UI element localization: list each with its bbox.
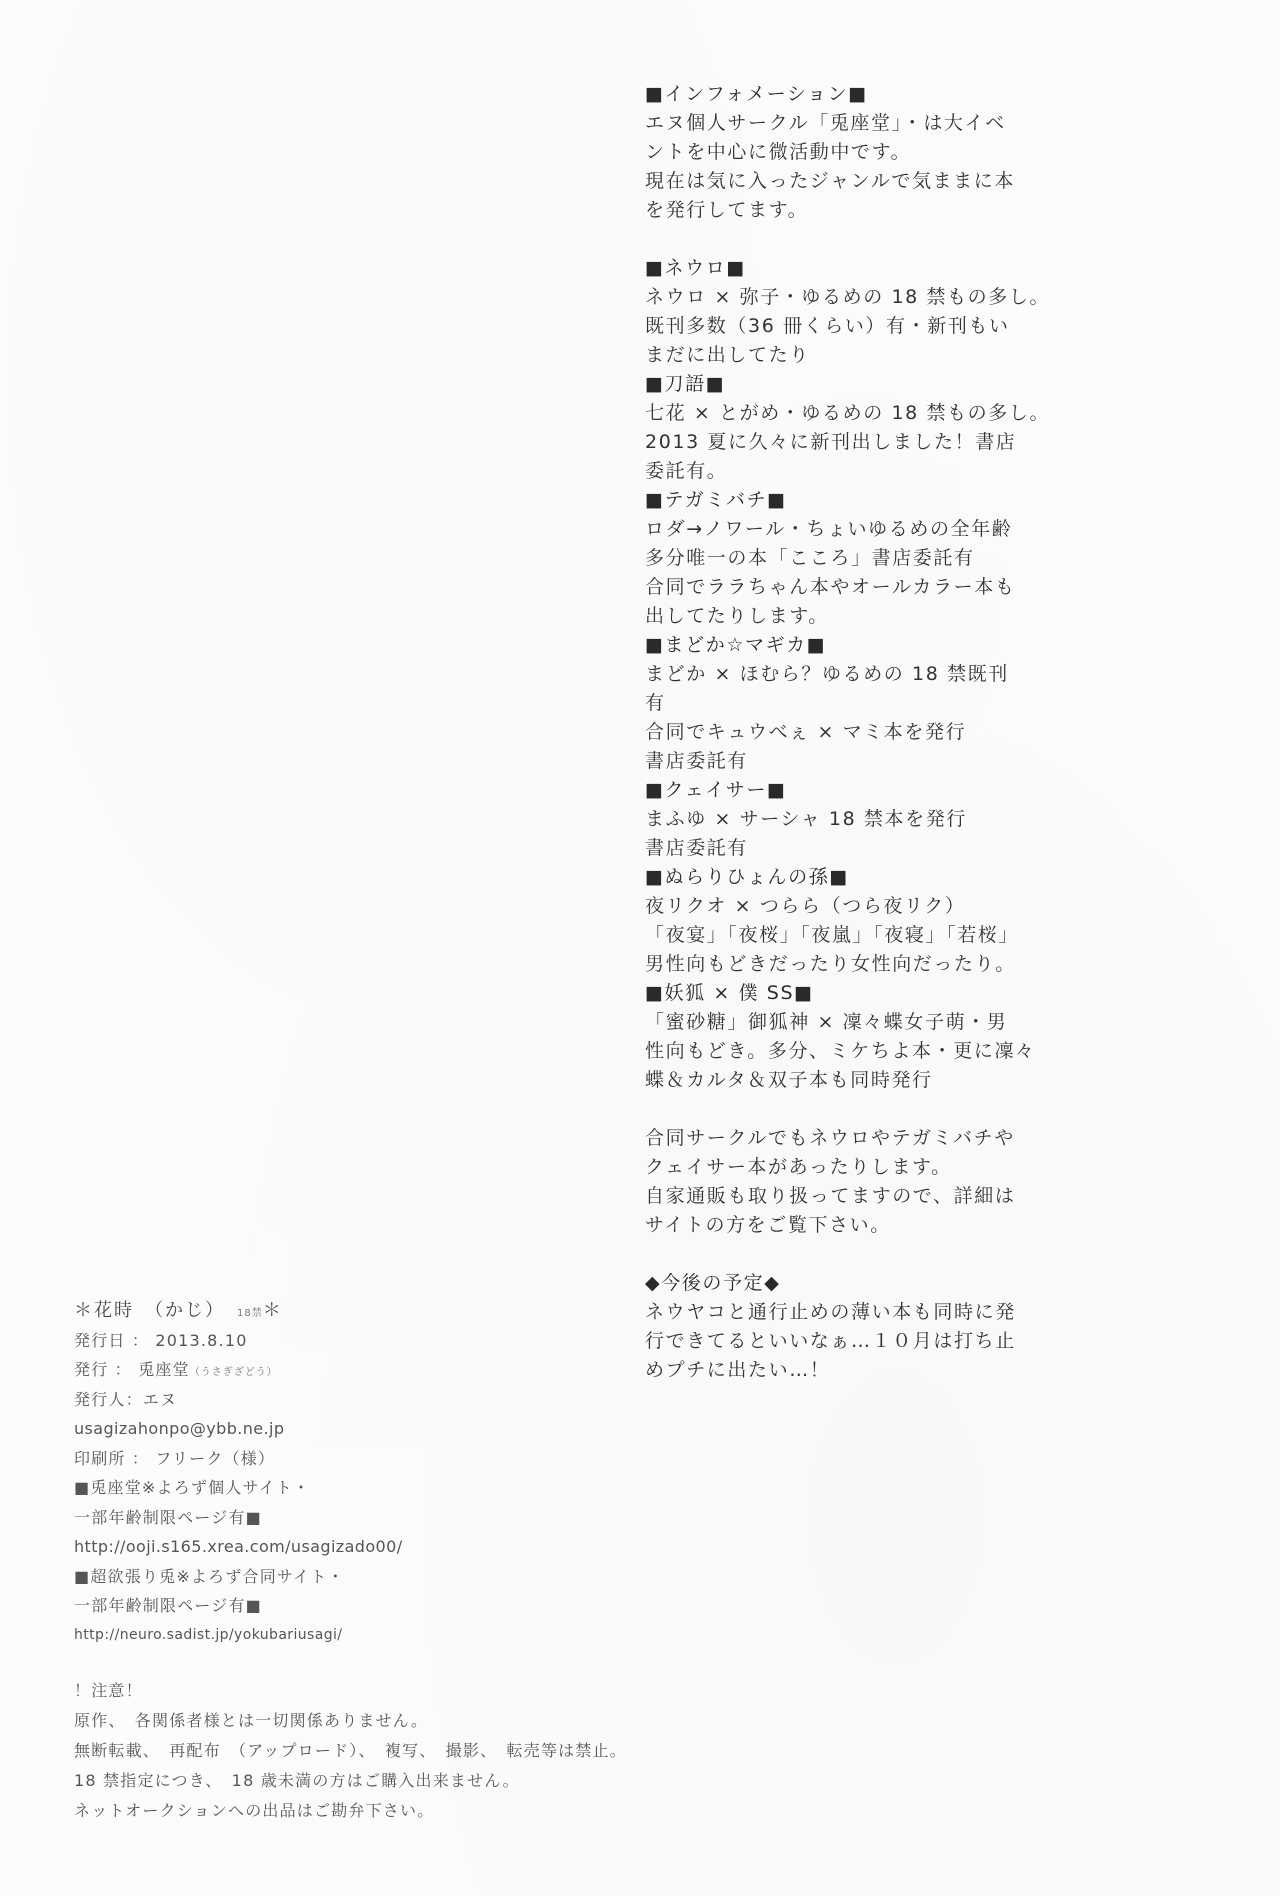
notice-title: ！注意！ xyxy=(74,1676,974,1706)
blank-line xyxy=(645,225,1085,254)
blank-line xyxy=(645,1240,1085,1269)
notice-line: 18 禁指定につき、 18 歳未満の方はご購入出来ません。 xyxy=(74,1766,974,1796)
body-line: 夜リクオ × つらら（つら夜リク） xyxy=(645,892,1085,921)
printer-label: 印刷所 ： xyxy=(74,1449,155,1468)
section-heading: ■まどか☆マギカ■ xyxy=(645,631,1085,660)
body-line: 性向もどき。多分、ミケちよ本・更に凜々 xyxy=(645,1037,1085,1066)
body-line: 行できてるといいなぁ…１０月は打ち止 xyxy=(645,1327,1085,1356)
site1-description: ■兎座堂※よろず個人サイト・ xyxy=(74,1473,594,1503)
email-link[interactable]: usagizahonpo@ybb.ne.jp xyxy=(74,1419,284,1438)
body-line: 多分唯一の本「こころ」書店委託有 xyxy=(645,544,1085,573)
body-line: 有 xyxy=(645,689,1085,718)
printer-value: フリーク（様） xyxy=(155,1449,275,1468)
email-row: usagizahonpo@ybb.ne.jp xyxy=(74,1414,594,1444)
issuer-row: 発行人：エヌ xyxy=(74,1385,594,1415)
body-line: 出してたりします。 xyxy=(645,602,1085,631)
section-heading: ■妖狐 × 僕 SS■ xyxy=(645,979,1085,1008)
site2-url-link[interactable]: http://neuro.sadist.jp/yokubariusagi/ xyxy=(74,1627,342,1643)
issue-date-label: 発行日 ： xyxy=(74,1331,155,1350)
body-line: 既刊多数（36 冊くらい）有・新刊もい xyxy=(645,312,1085,341)
site1-url-row: http://ooji.s165.xrea.com/usagizado00/ xyxy=(74,1532,594,1562)
body-line: 七花 × とがめ・ゆるめの 18 禁もの多し。 xyxy=(645,399,1085,428)
section-heading: ■ぬらりひょんの孫■ xyxy=(645,863,1085,892)
body-line: 合同でララちゃん本やオールカラー本も xyxy=(645,573,1085,602)
site1-description-cont: 一部年齢制限ページ有■ xyxy=(74,1503,594,1533)
body-line: ネウロ × 弥子・ゆるめの 18 禁もの多し。 xyxy=(645,283,1085,312)
book-back-page: ■インフォメーション■エヌ個人サークル「兎座堂」・は大イベントを中心に微活動中で… xyxy=(0,0,1280,1896)
body-line: 委託有。 xyxy=(645,457,1085,486)
issue-date-value: 2013.8.10 xyxy=(155,1331,247,1350)
section-heading: ■クェイサー■ xyxy=(645,776,1085,805)
body-line: 「夜宴」「夜桜」「夜嵐」「夜寝」「若桜」 xyxy=(645,921,1085,950)
issuer-value: エヌ xyxy=(143,1390,177,1409)
body-line: めプチに出たい…！ xyxy=(645,1356,1085,1385)
notice-line: 原作、 各関係者様とは一切関係ありません。 xyxy=(74,1706,974,1736)
body-line: 蝶＆カルタ＆双子本も同時発行 xyxy=(645,1066,1085,1095)
section-heading: ■刀語■ xyxy=(645,370,1085,399)
body-line: 書店委託有 xyxy=(645,834,1085,863)
body-line: ネウヤコと通行止めの薄い本も同時に発 xyxy=(645,1298,1085,1327)
body-line: 「蜜砂糖」御狐神 × 凜々蝶女子萌・男 xyxy=(645,1008,1085,1037)
body-line: クェイサー本があったりします。 xyxy=(645,1153,1085,1182)
publisher-row: 発行 ： 兎座堂（うさぎざどう） xyxy=(74,1355,594,1385)
title-end-mark: ＊ xyxy=(263,1300,283,1321)
site2-description-cont: 一部年齢制限ページ有■ xyxy=(74,1591,594,1621)
printer-row: 印刷所 ： フリーク（様） xyxy=(74,1444,594,1474)
body-line: 現在は気に入ったジャンルで気ままに本 xyxy=(645,167,1085,196)
notice-line: 無断転載、 再配布 （アップロード）、 複写、 撮影、 転売等は禁止。 xyxy=(74,1736,974,1766)
body-line: を発行してます。 xyxy=(645,196,1085,225)
body-line: 自家通販も取り扱ってますので、詳細は xyxy=(645,1182,1085,1211)
issuer-label: 発行人： xyxy=(74,1390,143,1409)
body-line: まだに出してたり xyxy=(645,341,1085,370)
colophon: ＊花時 （かじ）18禁＊ 発行日 ： 2013.8.10 発行 ： 兎座堂（うさ… xyxy=(74,1296,594,1650)
site2-url-row: http://neuro.sadist.jp/yokubariusagi/ xyxy=(74,1621,594,1651)
body-line: サイトの方をご覧下さい。 xyxy=(645,1211,1085,1240)
issue-date-row: 発行日 ： 2013.8.10 xyxy=(74,1326,594,1356)
blank-line xyxy=(645,1095,1085,1124)
site1-url-link[interactable]: http://ooji.s165.xrea.com/usagizado00/ xyxy=(74,1537,403,1556)
body-line: 男性向もどきだったり女性向だったり。 xyxy=(645,950,1085,979)
section-heading: ■インフォメーション■ xyxy=(645,80,1085,109)
body-line: 2013 夏に久々に新刊出しました！書店 xyxy=(645,428,1085,457)
book-title: ＊花時 （かじ） xyxy=(74,1300,225,1321)
site2-description: ■超欲張り兎※よろず合同サイト・ xyxy=(74,1562,594,1592)
body-line: まふゆ × サーシャ 18 禁本を発行 xyxy=(645,805,1085,834)
body-line: エヌ個人サークル「兎座堂」・は大イベ xyxy=(645,109,1085,138)
body-line: 合同でキュウべぇ × マミ本を発行 xyxy=(645,718,1085,747)
notice-block: ！注意！ 原作、 各関係者様とは一切関係ありません。 無断転載、 再配布 （アッ… xyxy=(74,1676,974,1826)
colophon-title: ＊花時 （かじ）18禁＊ xyxy=(74,1296,594,1326)
body-line: 書店委託有 xyxy=(645,747,1085,776)
publisher-reading: （うさぎざどう） xyxy=(190,1367,278,1378)
body-line: ントを中心に微活動中です。 xyxy=(645,138,1085,167)
body-line: ロダ→ノワール・ちょいゆるめの全年齢 xyxy=(645,515,1085,544)
body-line: まどか × ほむら？ゆるめの 18 禁既刊 xyxy=(645,660,1085,689)
notice-line: ネットオークションへの出品はご勘弁下さい。 xyxy=(74,1796,974,1826)
body-line: 合同サークルでもネウロやテガミバチや xyxy=(645,1124,1085,1153)
info-column: ■インフォメーション■エヌ個人サークル「兎座堂」・は大イベントを中心に微活動中で… xyxy=(645,80,1085,1385)
section-heading: ■テガミバチ■ xyxy=(645,486,1085,515)
rating-label: 18禁 xyxy=(237,1308,263,1319)
section-heading: ■ネウロ■ xyxy=(645,254,1085,283)
section-heading: ◆今後の予定◆ xyxy=(645,1269,1085,1298)
publisher-value: 兎座堂 xyxy=(138,1360,190,1379)
publisher-label: 発行 ： xyxy=(74,1360,138,1379)
